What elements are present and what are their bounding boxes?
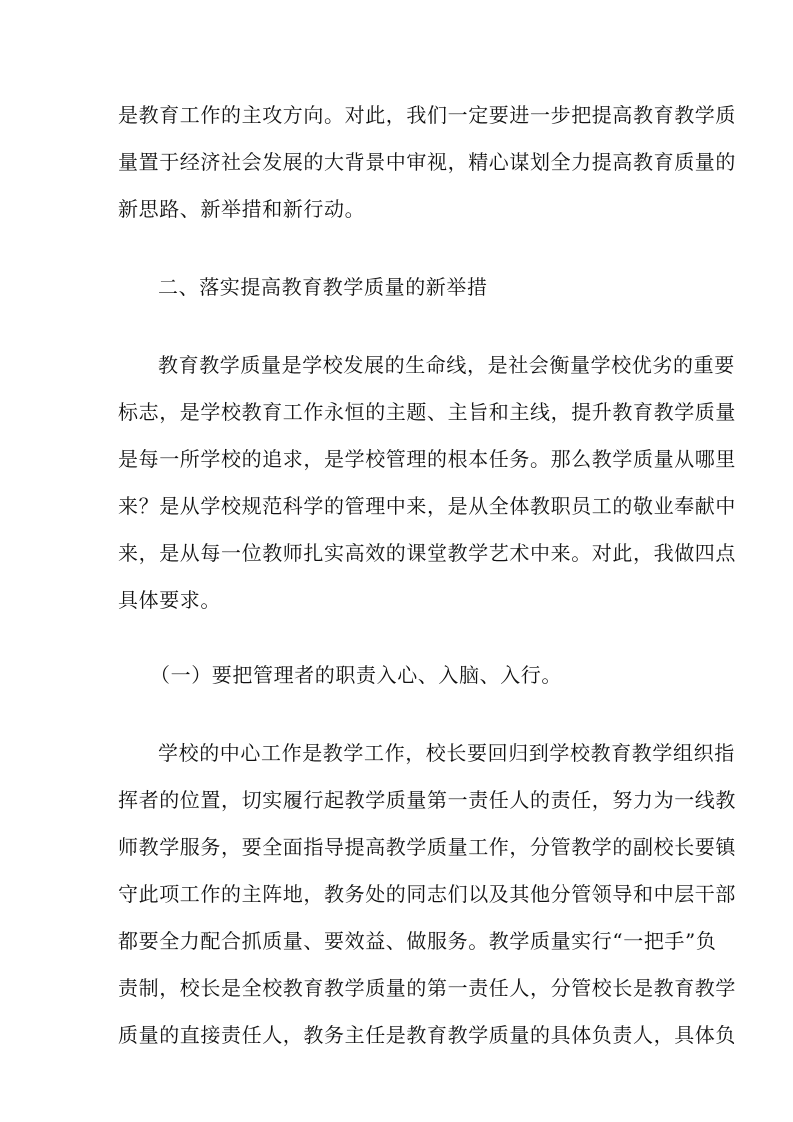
text-line: 师教学服务，要全面指导提高教学质量工作，分管教学的副校长要镇 (118, 832, 678, 862)
text-line: 质量的直接责任人，教务主任是教育教学质量的具体负责人，具体负 (118, 1020, 678, 1050)
text-line: 是每一所学校的追求，是学校管理的根本任务。那么教学质量从哪里 (118, 444, 678, 474)
text-line: 都要全力配合抓质量、要效益、做服务。教学质量实行“一把手”负 (118, 926, 678, 956)
document-page: 是教育工作的主攻方向。对此，我们一定要进一步把提高教育教学质 量置于经济社会发展… (0, 0, 793, 1122)
text-line: 学校的中心工作是教学工作，校长要回归到学校教育教学组织指 (158, 738, 718, 768)
text-line: 挥者的位置，切实履行起教学质量第一责任人的责任，努力为一线教 (118, 785, 678, 815)
section-heading: 二、落实提高教育教学质量的新举措 (158, 272, 718, 302)
text-line: 标志，是学校教育工作永恒的主题、主旨和主线，提升教育教学质量 (118, 397, 678, 427)
text-line: 量置于经济社会发展的大背景中审视，精心谋划全力提高教育质量的 (118, 147, 678, 177)
subheading: （一）要把管理者的职责入心、入脑、入行。 (150, 660, 710, 690)
text-line: 教育教学质量是学校发展的生命线，是社会衡量学校优劣的重要 (158, 350, 718, 380)
text-line: 来，是从每一位教师扎实高效的课堂教学艺术中来。对此，我做四点 (118, 538, 678, 568)
text-line: 是教育工作的主攻方向。对此，我们一定要进一步把提高教育教学质 (118, 100, 678, 130)
text-line: 守此项工作的主阵地，教务处的同志们以及其他分管领导和中层干部 (118, 879, 678, 909)
text-line: 来？是从学校规范科学的管理中来，是从全体教职员工的敬业奉献中 (118, 491, 678, 521)
text-line: 新思路、新举措和新行动。 (118, 194, 678, 224)
text-line: 具体要求。 (118, 585, 678, 615)
text-line: 责制，校长是全校教育教学质量的第一责任人，分管校长是教育教学 (118, 973, 678, 1003)
